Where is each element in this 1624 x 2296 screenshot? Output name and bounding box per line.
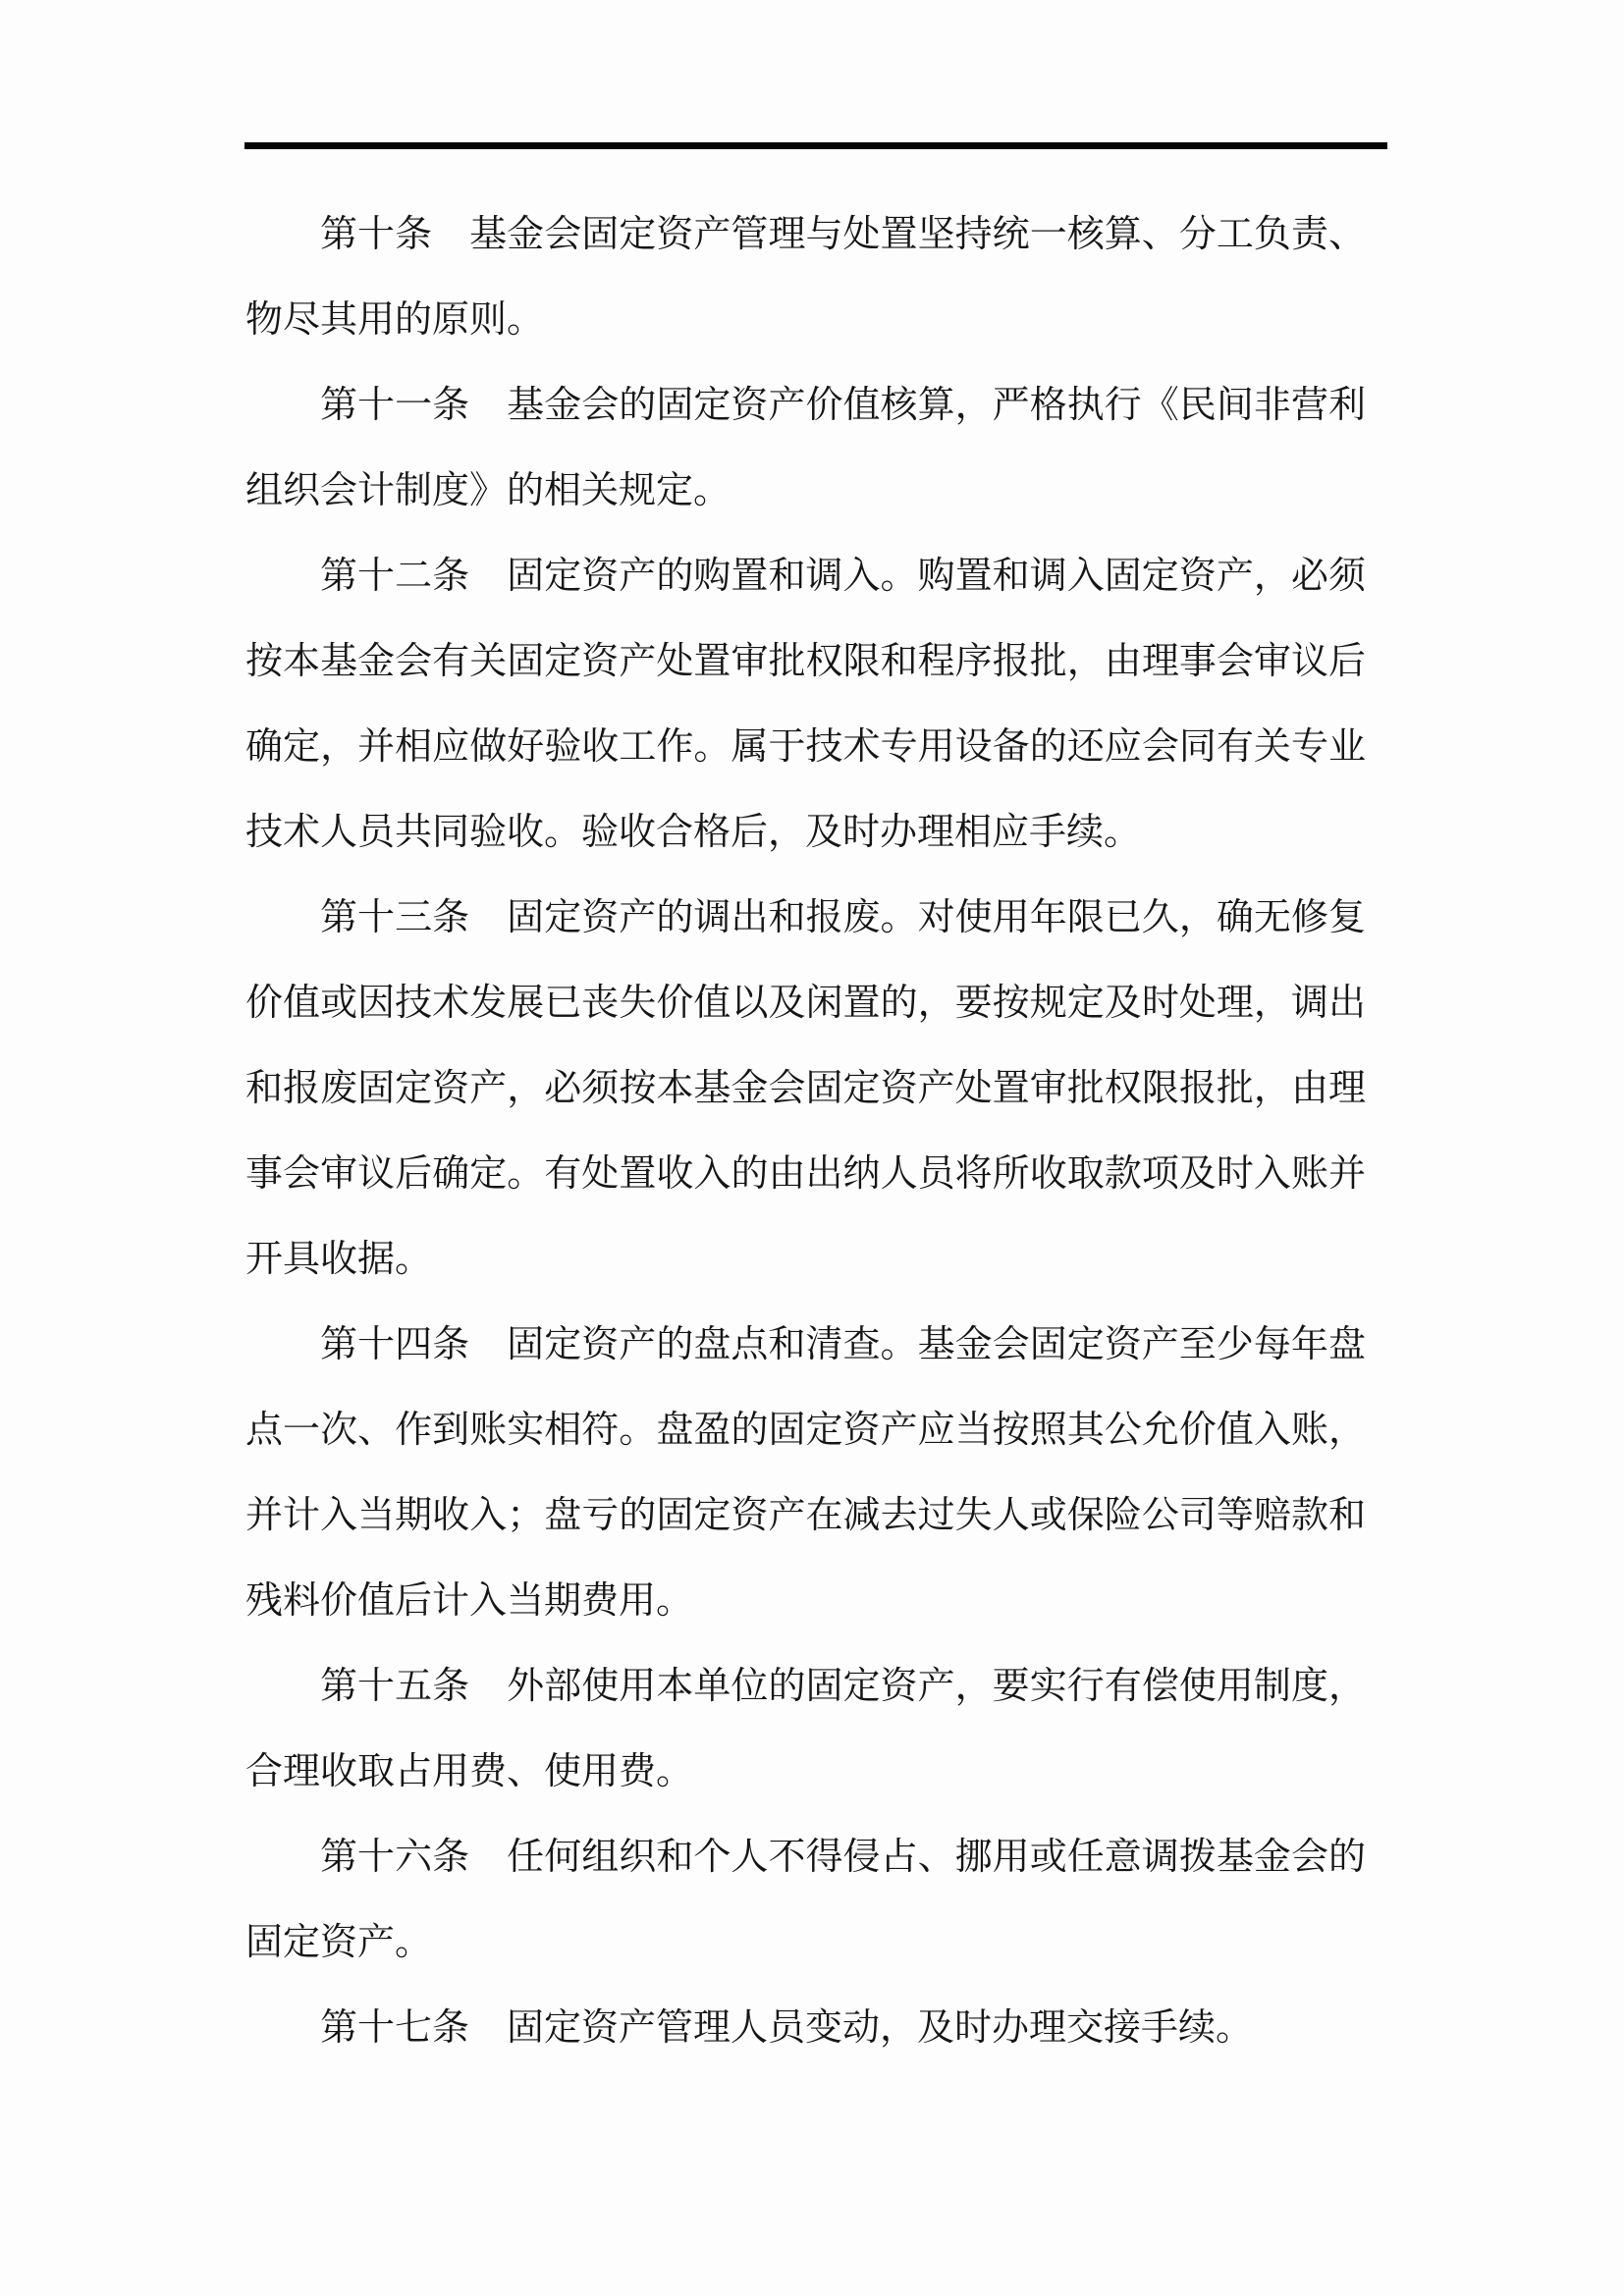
text-line: 价值或因技术发展已丧失价值以及闲置的，要按规定及时处理，调出: [245, 961, 1366, 1046]
document-page: 第十条 基金会固定资产管理与处置坚持统一核算、分工负责、物尽其用的原则。第十一条…: [0, 0, 1624, 2296]
text-line: 固定资产。: [245, 1900, 1366, 1986]
document-text-block: 第十条 基金会固定资产管理与处置坚持统一核算、分工负责、物尽其用的原则。第十一条…: [245, 192, 1366, 2071]
text-line: 开具收据。: [245, 1217, 1366, 1303]
text-line: 第十六条 任何组织和个人不得侵占、挪用或任意调拨基金会的: [245, 1815, 1366, 1900]
text-line: 和报废固定资产，必须按本基金会固定资产处置审批权限报批，由理: [245, 1046, 1366, 1132]
text-line: 确定，并相应做好验收工作。属于技术专用设备的还应会同有关专业: [245, 705, 1366, 790]
header-rule: [244, 142, 1387, 149]
text-line: 残料价值后计入当期费用。: [245, 1559, 1366, 1644]
text-line: 第十二条 固定资产的购置和调入。购置和调入固定资产，必须: [245, 534, 1366, 619]
text-line: 第十三条 固定资产的调出和报废。对使用年限已久，确无修复: [245, 876, 1366, 961]
text-line: 并计入当期收入；盘亏的固定资产在减去过失人或保险公司等赔款和: [245, 1473, 1366, 1559]
text-line: 事会审议后确定。有处置收入的由出纳人员将所收取款项及时入账并: [245, 1132, 1366, 1217]
text-line: 第十七条 固定资产管理人员变动，及时办理交接手续。: [245, 1986, 1366, 2071]
text-line: 第十四条 固定资产的盘点和清查。基金会固定资产至少每年盘: [245, 1303, 1366, 1388]
text-line: 点一次、作到账实相符。盘盈的固定资产应当按照其公允价值入账，: [245, 1388, 1366, 1473]
text-line: 按本基金会有关固定资产处置审批权限和程序报批，由理事会审议后: [245, 619, 1366, 705]
text-line: 第十条 基金会固定资产管理与处置坚持统一核算、分工负责、: [245, 192, 1366, 278]
text-line: 第十五条 外部使用本单位的固定资产，要实行有偿使用制度，: [245, 1644, 1366, 1730]
text-line: 合理收取占用费、使用费。: [245, 1730, 1366, 1815]
text-line: 第十一条 基金会的固定资产价值核算，严格执行《民间非营利: [245, 363, 1366, 449]
text-line: 组织会计制度》的相关规定。: [245, 449, 1366, 534]
text-line: 物尽其用的原则。: [245, 278, 1366, 363]
text-line: 技术人员共同验收。验收合格后，及时办理相应手续。: [245, 790, 1366, 876]
